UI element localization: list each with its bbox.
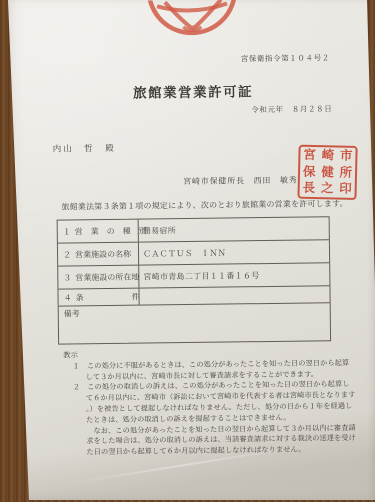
remarks-label: 備考 — [64, 309, 80, 318]
license-table: １営 業 の 種 別簡易宿所２営業施設の名称ＣＡＣＴＵＳ ＩＮＮ３営業施設の所在… — [57, 216, 332, 344]
document-number: 宮保衛指令第１０４号２ — [241, 52, 330, 64]
seal-character: 崎 — [322, 149, 335, 162]
row-value — [139, 286, 329, 304]
seal-character: 保 — [303, 165, 316, 178]
issue-date: 令和元年 ８月２８日 — [251, 103, 332, 115]
row-number: ２ — [63, 249, 71, 260]
row-label: 営 業 の 種 別 — [75, 225, 147, 237]
seal-character: 宮 — [303, 149, 316, 162]
paper-document: 宮保衛指令第１０４号２ 旅館業営業許可証 令和元年 ８月２８日 内山 哲 殿 宮… — [0, 0, 375, 500]
seal-character: 之 — [321, 183, 334, 196]
seal-row: 保健所 — [300, 165, 355, 179]
round-red-stamp-icon — [143, 0, 247, 41]
row-label: 条 件 — [76, 291, 140, 303]
legal-notice: 教示 １ この処分に不服があるときは、この処分があったことを知った日の翌日から起… — [63, 347, 356, 459]
row-label: 営業施設の所在地 — [75, 271, 139, 283]
seal-character: 健 — [321, 166, 334, 179]
seal-character: 長 — [302, 182, 315, 195]
table-row: ２営業施設の名称ＣＡＣＴＵＳ ＩＮＮ — [58, 240, 329, 266]
remarks-row: 備考 — [59, 303, 330, 343]
license-table-body: １営 業 の 種 別簡易宿所２営業施設の名称ＣＡＣＴＵＳ ＩＮＮ３営業施設の所在… — [58, 217, 330, 306]
table-row-label: ２営業施設の名称 — [58, 243, 139, 266]
seal-row: 長之印 — [300, 182, 355, 196]
seal-row: 宮崎市 — [300, 149, 355, 163]
row-number: １ — [63, 226, 71, 237]
notice-lines: １ この処分に不服があるときは、この処分があったことを知った日の翌日から起算して… — [63, 358, 356, 459]
table-row-label: ３営業施設の所在地 — [58, 266, 139, 289]
seal-character: 所 — [339, 166, 352, 179]
permit-statement: 旅館業法第３条第１項の規定により、次のとおり旅館業の営業を許可します。 — [61, 198, 347, 212]
row-number: ３ — [63, 272, 71, 283]
recipient-name: 内山 哲 殿 — [53, 142, 116, 155]
table-row-label: ４条 件 — [58, 289, 139, 306]
notice-line: た日の翌日から起算して６か月以内に提起しなければなりません。 — [86, 444, 356, 458]
table-row: ３営業施設の所在地宮崎市青島二丁目１１番１６号 — [58, 263, 329, 289]
row-value: ＣＡＣＴＵＳ ＩＮＮ — [139, 240, 329, 264]
table-row-label: １営 業 の 種 別 — [58, 220, 139, 243]
table-row: １営 業 の 種 別簡易宿所 — [58, 217, 329, 243]
row-label: 営業施設の名称 — [75, 248, 133, 260]
row-value: 簡易宿所 — [139, 217, 329, 241]
document-content: 宮保衛指令第１０４号２ 旅館業営業許可証 令和元年 ８月２８日 内山 哲 殿 宮… — [0, 0, 375, 500]
official-square-seal-icon: 宮崎市保健所長之印 — [297, 145, 357, 200]
seal-character: 印 — [339, 183, 352, 196]
document-title: 旅館業営業許可証 — [108, 80, 278, 102]
issuer-name: 宮崎市保健所長 西田 敏秀 — [183, 175, 298, 187]
row-number: ４ — [64, 292, 72, 303]
row-value: 宮崎市青島二丁目１１番１６号 — [139, 263, 329, 287]
seal-character: 市 — [340, 150, 353, 163]
